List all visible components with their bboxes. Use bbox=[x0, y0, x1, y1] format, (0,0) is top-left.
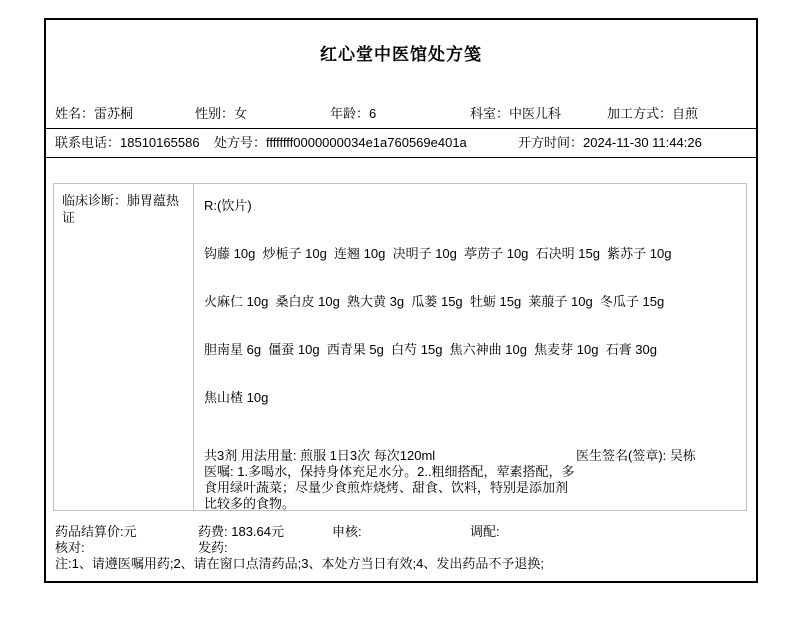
patient-age-value: 6 bbox=[369, 106, 376, 121]
rx-number-label: 处方号： bbox=[214, 135, 266, 150]
prescription-paper: 红心堂中医馆处方笺 姓名：雷苏桐 性别：女 年龄：6 科室：中医儿科 加工方式：… bbox=[44, 18, 758, 583]
patient-phone-value: 18510165586 bbox=[120, 135, 200, 150]
processing-method-label: 加工方式： bbox=[607, 106, 672, 121]
patient-phone-label: 联系电话： bbox=[55, 135, 120, 150]
doctor-signature-label: 医生签名(签章): bbox=[576, 448, 670, 463]
usage-and-signature-row: 共3剂 用法用量: 煎服 1日3次 每次120ml 医嘱: 1.多喝水，保持身体… bbox=[204, 448, 746, 512]
patient-name-label: 姓名： bbox=[55, 106, 94, 121]
patient-gender-label: 性别： bbox=[195, 106, 234, 121]
settlement-price-label: 药品结算价: bbox=[55, 524, 124, 539]
medicine-line: 钩藤 10g 炒栀子 10g 连翘 10g 决明子 10g 葶苈子 10g 石决… bbox=[204, 246, 746, 262]
patient-department-label: 科室： bbox=[470, 106, 509, 121]
patient-department-field: 科室：中医儿科 bbox=[470, 100, 561, 128]
usage-block: 共3剂 用法用量: 煎服 1日3次 每次120ml 医嘱: 1.多喝水，保持身体… bbox=[204, 448, 576, 512]
medicine-line: 火麻仁 10g 桑白皮 10g 熟大黄 3g 瓜蒌 15g 牡蛎 15g 莱菔子… bbox=[204, 294, 746, 310]
issue-time-field: 开方时间：2024-11-30 11:44:26 bbox=[518, 129, 702, 157]
dispense-field: 调配: bbox=[470, 524, 500, 540]
dosage-usage-text: 共3剂 用法用量: 煎服 1日3次 每次120ml bbox=[204, 448, 576, 464]
medicine-fee-value: 183.64元 bbox=[231, 524, 284, 539]
footer-row-1: 药品结算价:元 药费: 183.64元 申核: 调配: bbox=[46, 524, 756, 540]
footer-note-row: 注:1、请遵医嘱用药;2、请在窗口点清药品;3、本处方当日有效;4、发出药品不予… bbox=[46, 556, 756, 572]
processing-method-field: 加工方式：自煎 bbox=[607, 100, 698, 128]
patient-age-label: 年龄： bbox=[330, 106, 369, 121]
prescription-body-box: 临床诊断：肺胃蕴热证 R:(饮片) 钩藤 10g 炒栀子 10g 连翘 10g … bbox=[53, 183, 747, 511]
settlement-price-value: 元 bbox=[124, 524, 137, 539]
patient-name-value: 雷苏桐 bbox=[94, 106, 133, 121]
patient-info-row-1: 姓名：雷苏桐 性别：女 年龄：6 科室：中医儿科 加工方式：自煎 bbox=[46, 100, 756, 129]
footer-row-2: 核对: 发药: bbox=[46, 540, 756, 556]
patient-gender-value: 女 bbox=[234, 106, 247, 121]
diagnosis-label: 临床诊断： bbox=[62, 193, 127, 208]
doctor-signature-field: 医生签名(签章): 吴栋 bbox=[576, 448, 746, 464]
issue-time-label: 开方时间： bbox=[518, 135, 583, 150]
rx-header: R:(饮片) bbox=[204, 198, 746, 214]
patient-phone-field: 联系电话：18510165586 bbox=[55, 129, 200, 157]
check-field: 核对: bbox=[55, 540, 85, 556]
rx-number-field: 处方号：ffffffff0000000034e1a760569e401a bbox=[214, 129, 467, 157]
medicine-line: 胆南星 6g 僵蚕 10g 西青果 5g 白芍 15g 焦六神曲 10g 焦麦芽… bbox=[204, 342, 746, 358]
clinical-diagnosis-cell: 临床诊断：肺胃蕴热证 bbox=[54, 184, 194, 510]
patient-age-field: 年龄：6 bbox=[330, 100, 376, 128]
rx-content-cell: R:(饮片) 钩藤 10g 炒栀子 10g 连翘 10g 决明子 10g 葶苈子… bbox=[194, 184, 746, 510]
rx-number-value: ffffffff0000000034e1a760569e401a bbox=[266, 135, 467, 150]
page-title: 红心堂中医馆处方笺 bbox=[46, 40, 756, 65]
processing-method-value: 自煎 bbox=[672, 106, 698, 121]
patient-name-field: 姓名：雷苏桐 bbox=[55, 100, 133, 128]
doctor-signature-name: 吴栋 bbox=[670, 448, 696, 463]
issue-time-value: 2024-11-30 11:44:26 bbox=[583, 135, 702, 150]
doctor-advice-text: 医嘱: 1.多喝水，保持身体充足水分。2..粗细搭配，荤素搭配，多食用绿叶蔬菜；… bbox=[204, 464, 576, 512]
medicine-fee-label: 药费: bbox=[198, 524, 231, 539]
issue-field: 发药: bbox=[198, 540, 228, 556]
medicine-fee-field: 药费: 183.64元 bbox=[198, 524, 284, 540]
settlement-price-field: 药品结算价:元 bbox=[55, 524, 137, 540]
patient-department-value: 中医儿科 bbox=[509, 106, 561, 121]
review-field: 申核: bbox=[332, 524, 362, 540]
medicine-line: 焦山楂 10g bbox=[204, 390, 746, 406]
patient-info-row-2: 联系电话：18510165586 处方号：ffffffff0000000034e… bbox=[46, 129, 756, 158]
footer-note-text: 注:1、请遵医嘱用药;2、请在窗口点清药品;3、本处方当日有效;4、发出药品不予… bbox=[55, 556, 544, 572]
patient-gender-field: 性别：女 bbox=[195, 100, 247, 128]
